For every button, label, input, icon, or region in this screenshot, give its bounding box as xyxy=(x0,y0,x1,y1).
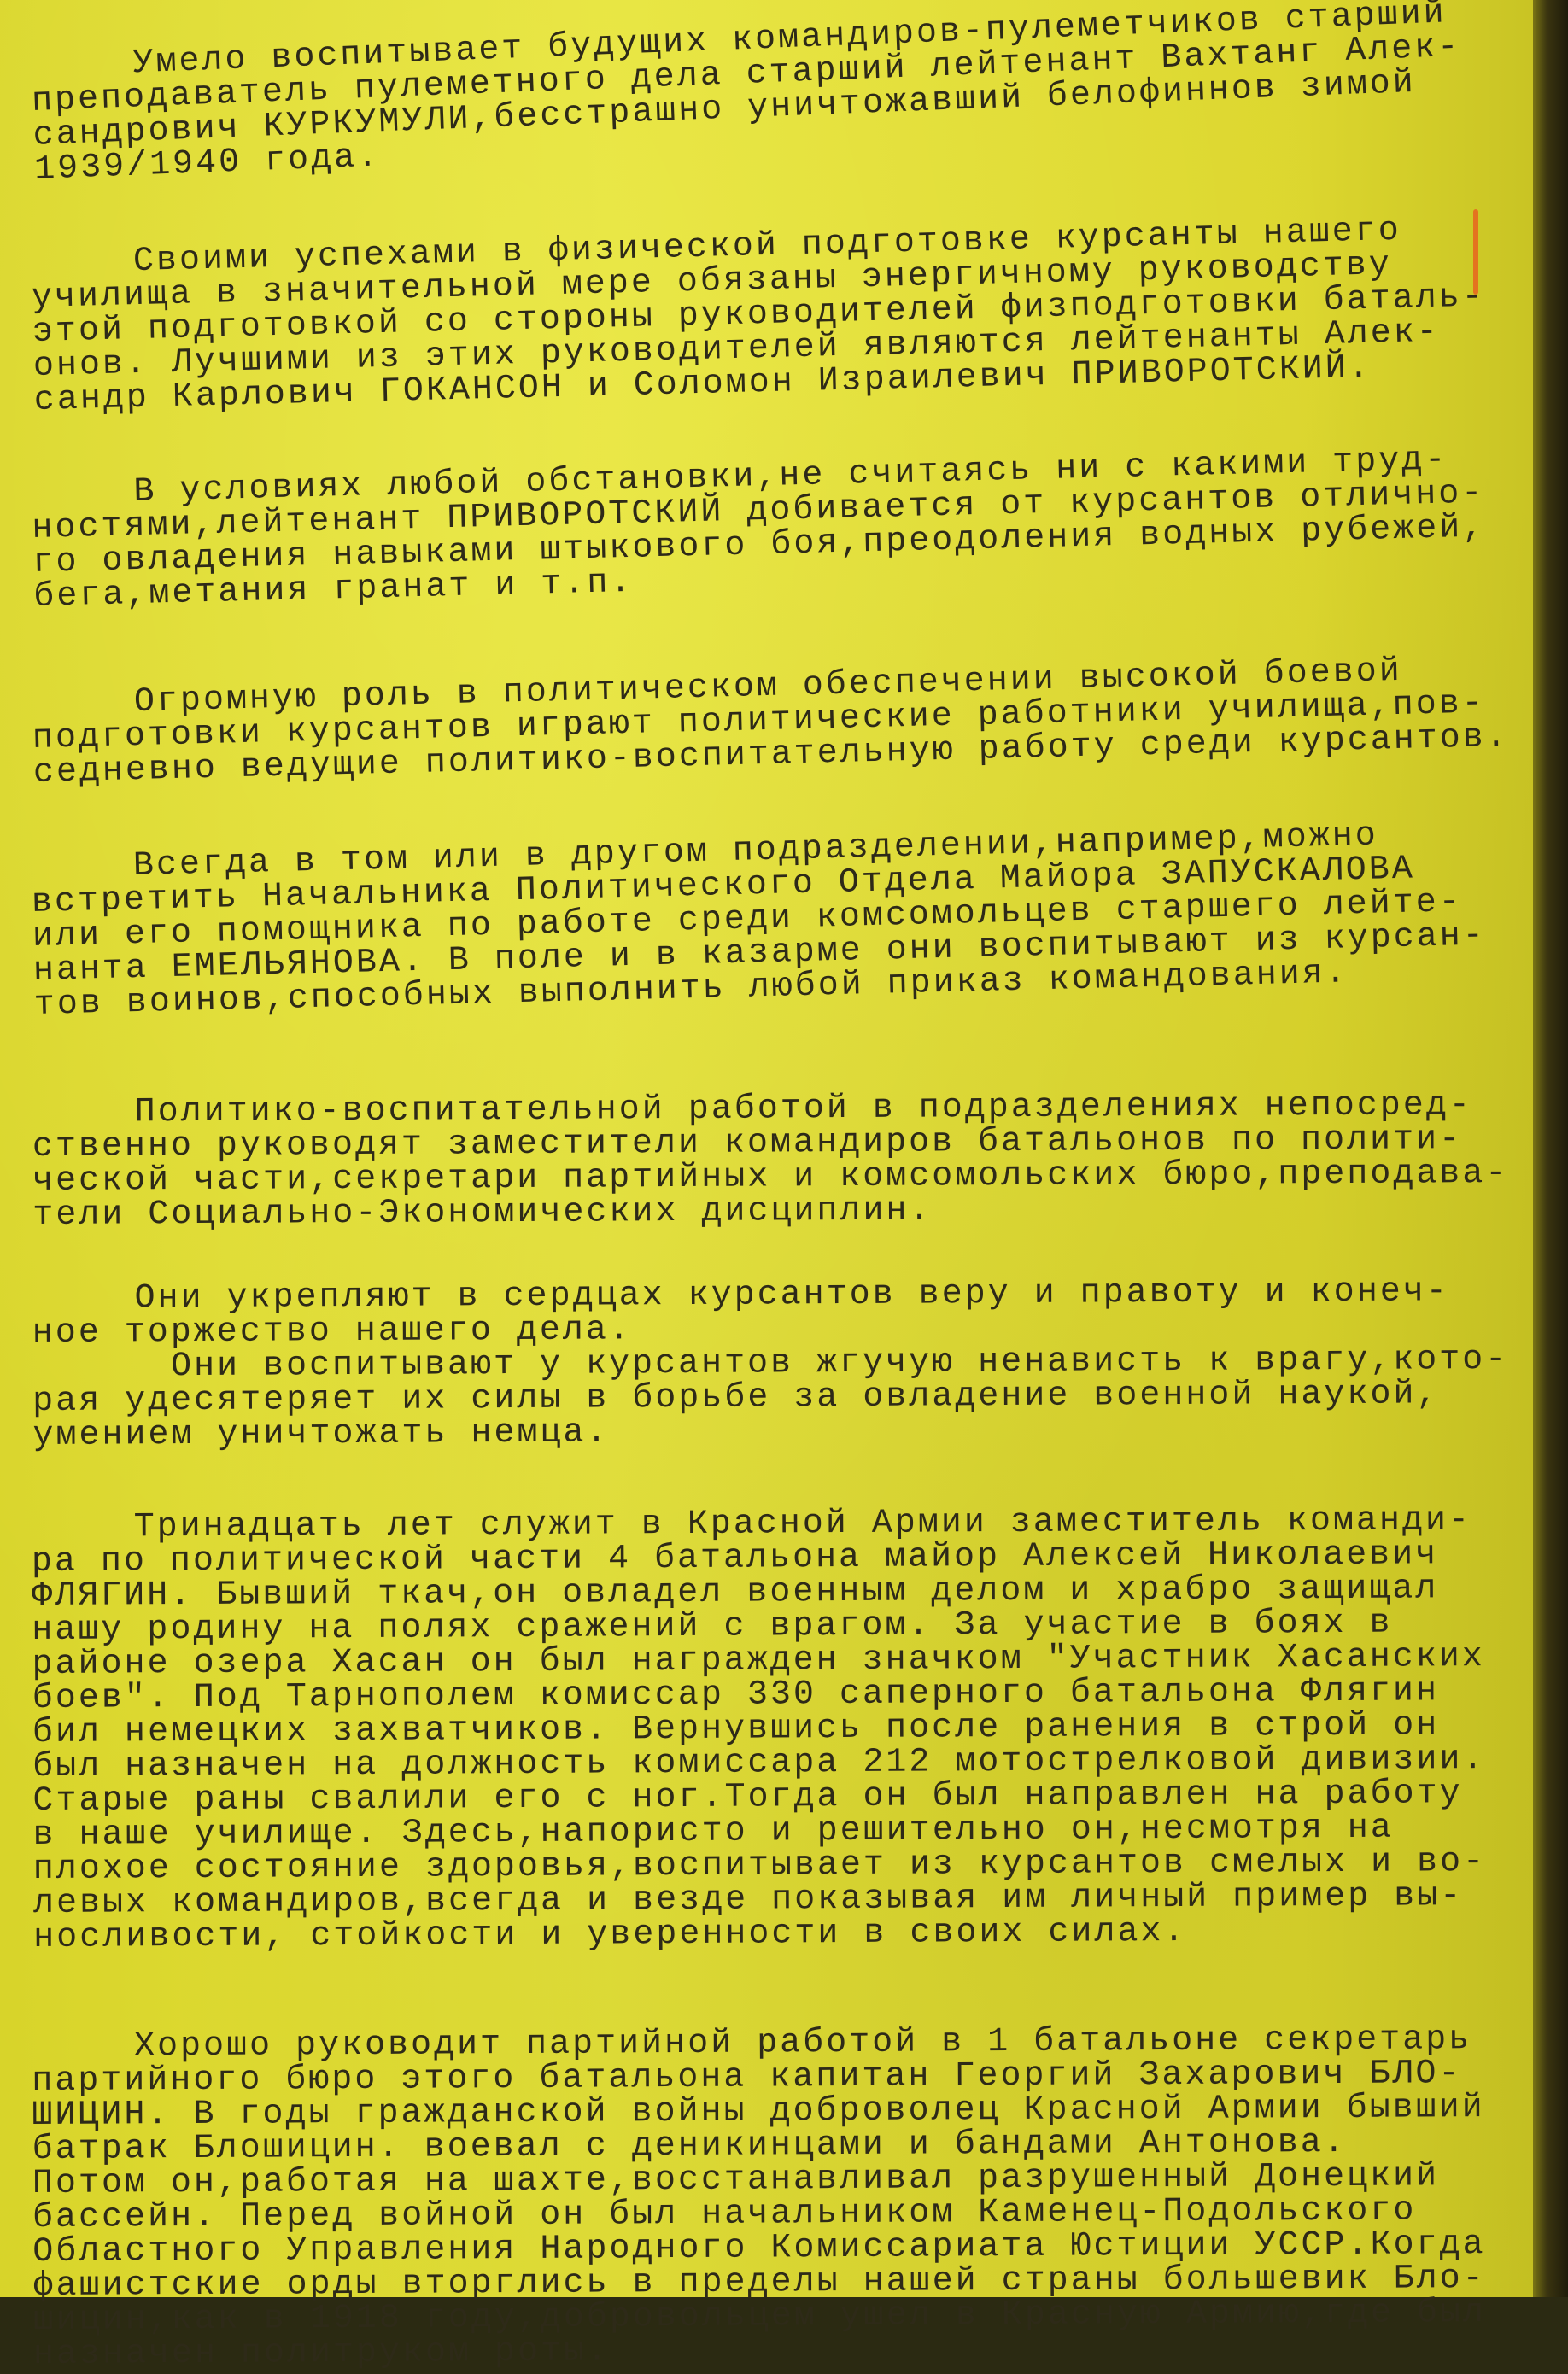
text-line: рая удесятеряет их силы в борьбе за овла… xyxy=(32,1377,1510,1419)
text-line: носливости, стойкости и уверенности в св… xyxy=(33,1914,1511,1956)
paragraph: Они укрепляют в сердцах курсантов веру и… xyxy=(32,1275,1510,1453)
paragraph: Своими успехами в физической подготовке … xyxy=(31,212,1512,418)
paragraph: В условиях любой обстановки,не считаясь … xyxy=(31,442,1511,615)
paragraph: Тринадцать лет служит в Красной Армии за… xyxy=(32,1504,1512,1956)
paragraph: Политико-воспитательной работой в подраз… xyxy=(32,1089,1511,1233)
paragraph: Всегда в том или в другом подразделении,… xyxy=(31,816,1512,1023)
text-line: умением уничтожать немца. xyxy=(32,1412,1510,1453)
page-edge-shadow xyxy=(1533,0,1568,2297)
document-page: Умело воспитывает будущих командиров-пул… xyxy=(0,0,1533,2297)
typewritten-body: Умело воспитывает будущих командиров-пул… xyxy=(32,51,1510,2297)
text-line: тели Социально-Экономических дисциплин. xyxy=(32,1191,1510,1233)
paragraph: Умело воспитывает будущих командиров-пул… xyxy=(30,0,1512,188)
paragraph: Огромную роль в политическом обеспечении… xyxy=(32,652,1511,791)
text-line: фашистские орды вторглись в пределы наше… xyxy=(32,2262,1510,2297)
text-line: Они укрепляют в сердцах курсантов веру и… xyxy=(32,1275,1509,1317)
paragraph: Хорошо руководит партийной работой в 1 б… xyxy=(32,2023,1511,2297)
